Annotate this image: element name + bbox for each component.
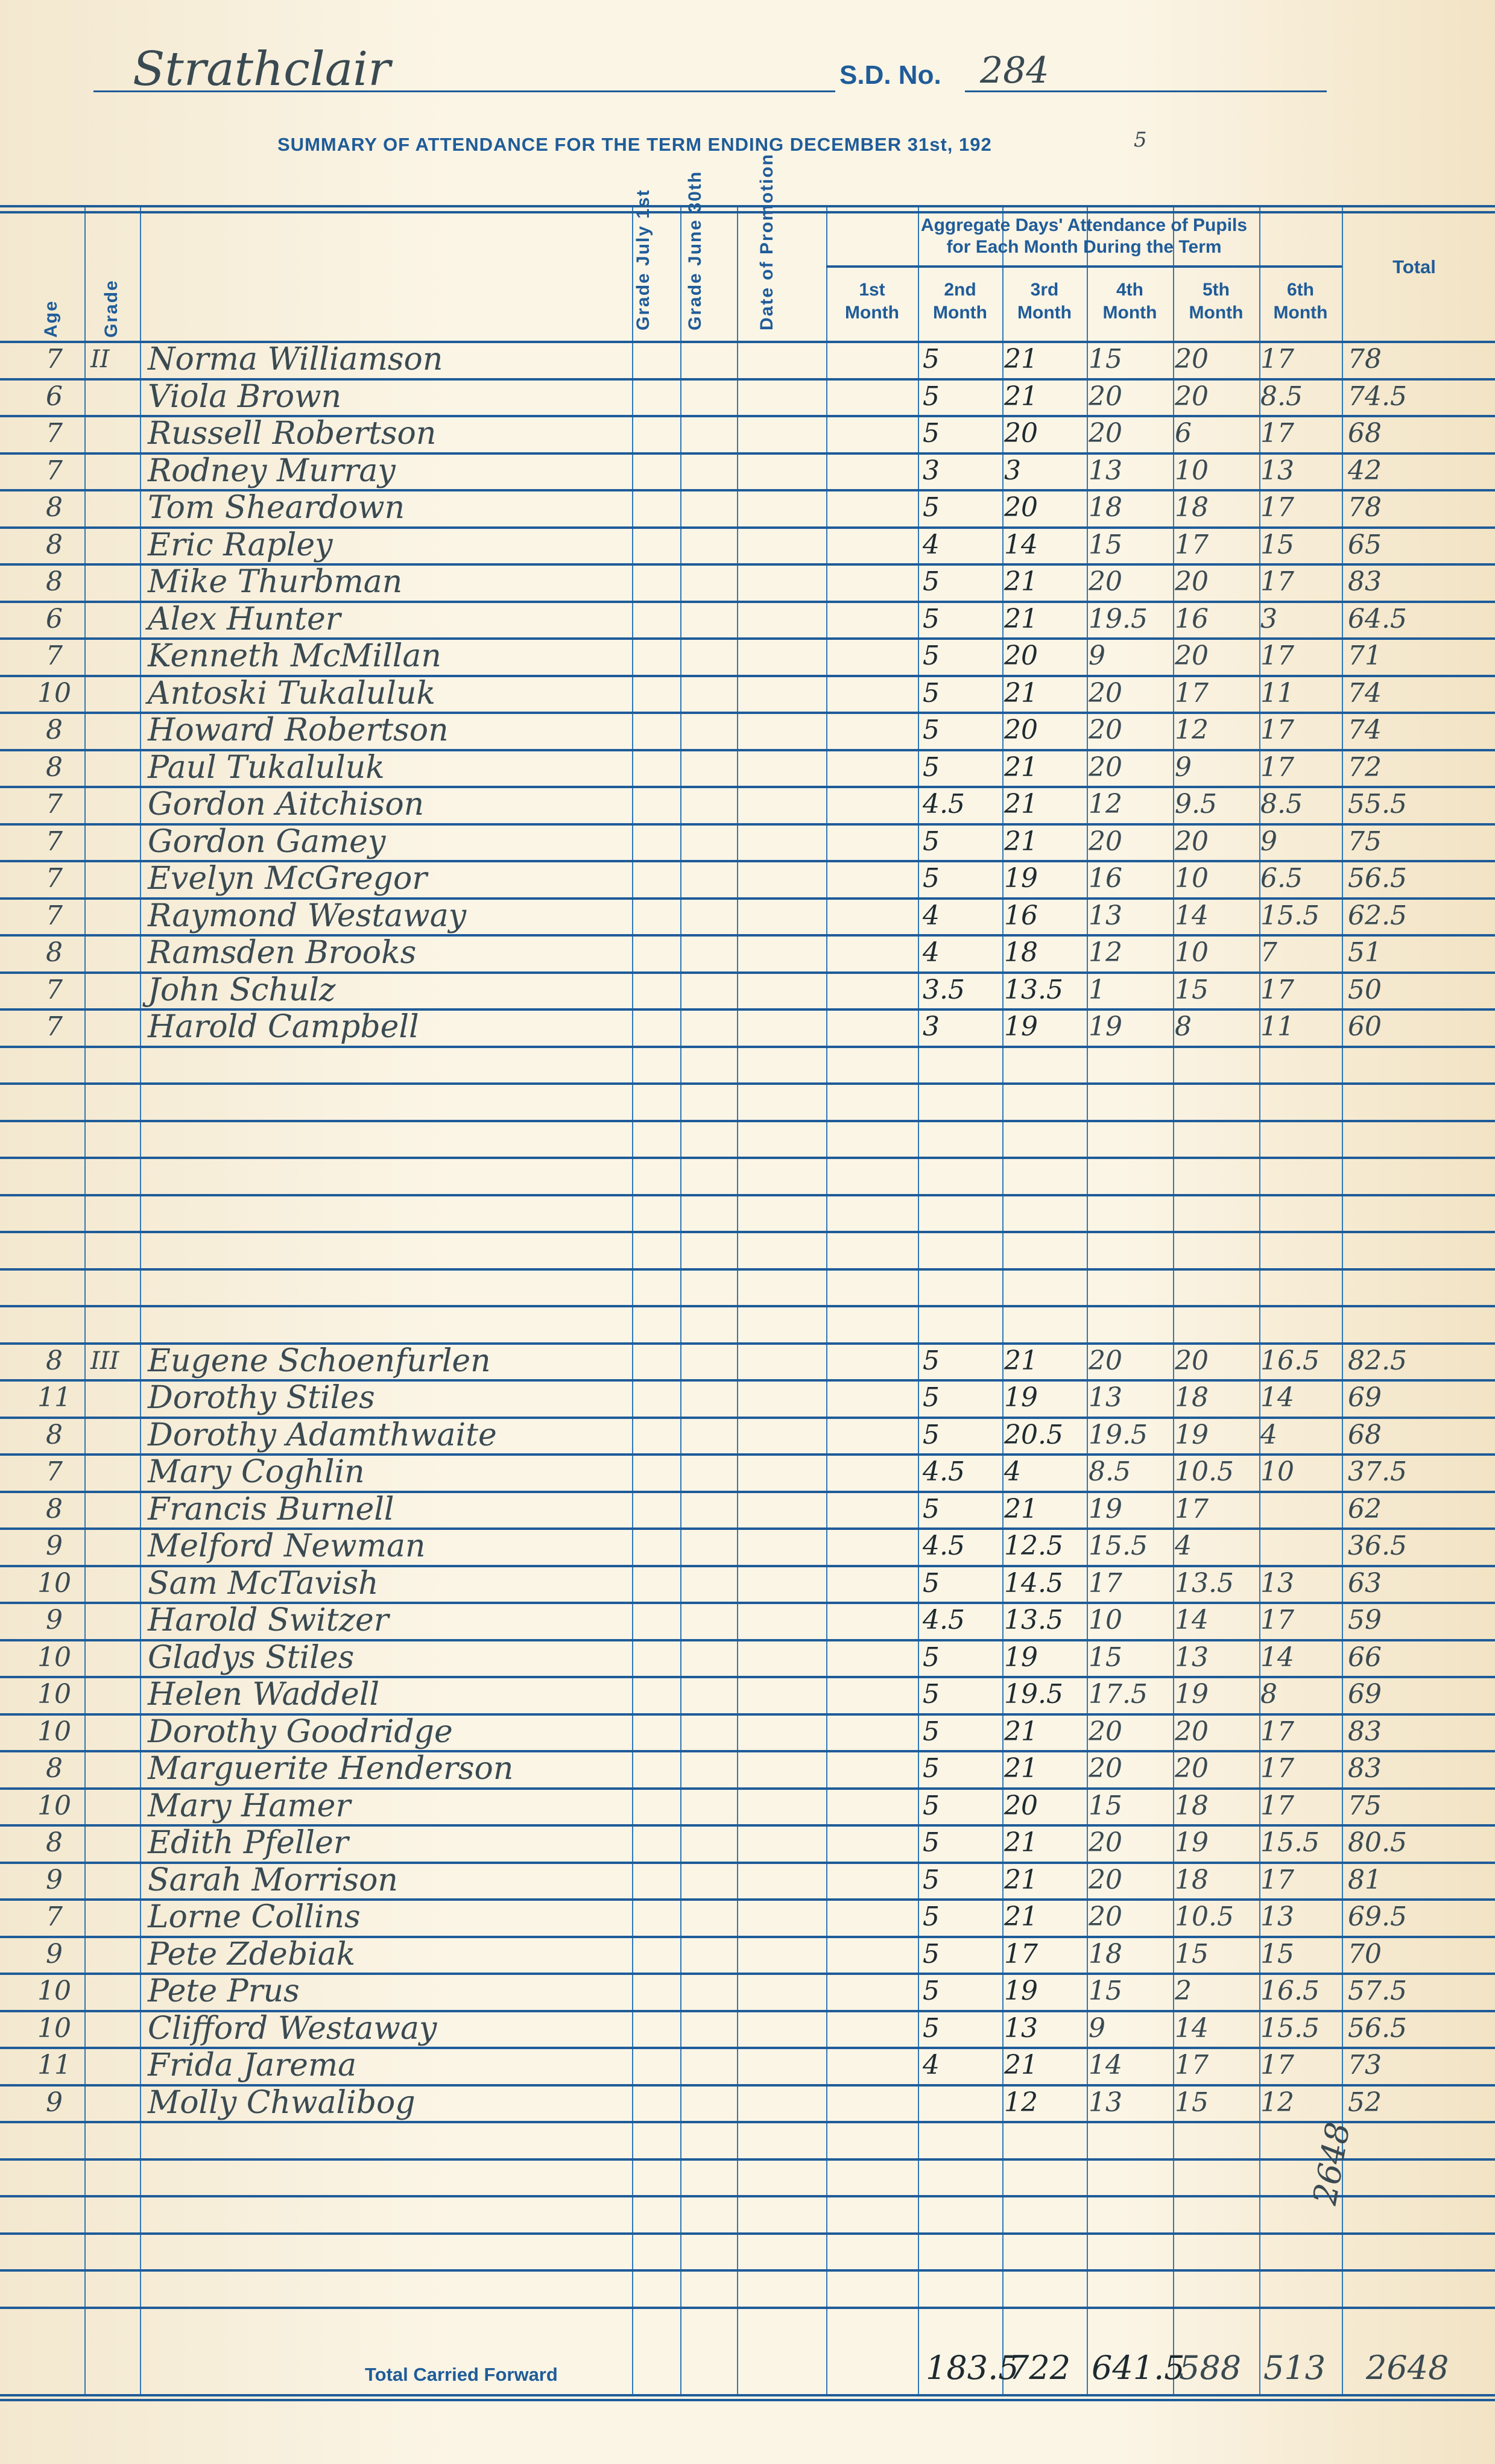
month1-days bbox=[829, 2084, 914, 2121]
pupil-total: 81 bbox=[1348, 1862, 1481, 1899]
month4-days: 13 bbox=[1089, 2084, 1167, 2121]
month3-days: 14.5 bbox=[1004, 1565, 1083, 1602]
pupil-total: 82.5 bbox=[1348, 1342, 1481, 1380]
month3-days: 21 bbox=[1004, 378, 1083, 415]
pupil-name: Dorothy Goodridge bbox=[148, 1713, 618, 1751]
month4-days: 20 bbox=[1089, 1342, 1167, 1380]
month5-days: 4 bbox=[1175, 1527, 1253, 1565]
month2-days: 5 bbox=[923, 378, 1001, 415]
month2-days: 5 bbox=[923, 1898, 1001, 1936]
table-row: 10Sam McTavish514.51713.51363 bbox=[0, 1565, 1495, 1602]
month1-days bbox=[829, 1527, 914, 1565]
pupil-total: 71 bbox=[1348, 637, 1481, 675]
month5-days: 20 bbox=[1175, 1342, 1253, 1380]
month1-days bbox=[829, 786, 914, 823]
month3-days: 19 bbox=[1004, 1379, 1083, 1417]
pupil-name: Pete Zdebiak bbox=[148, 1936, 618, 1973]
month4-days: 20 bbox=[1089, 749, 1167, 786]
pupil-age: 9 bbox=[27, 2084, 81, 2121]
month5-days: 20 bbox=[1175, 637, 1253, 675]
pupil-age: 8 bbox=[27, 934, 81, 971]
row-rule bbox=[0, 1231, 1495, 1233]
pupil-age: 7 bbox=[27, 341, 81, 378]
month6-days: 8 bbox=[1260, 1676, 1339, 1713]
pupil-name: Evelyn McGregor bbox=[148, 860, 618, 897]
pupil-total: 72 bbox=[1348, 749, 1481, 786]
pupil-name: John Schulz bbox=[148, 971, 618, 1009]
pupil-total: 69 bbox=[1348, 1379, 1481, 1417]
pupil-name: Russell Robertson bbox=[148, 415, 618, 452]
month1-days bbox=[829, 1565, 914, 1602]
pupil-total: 74 bbox=[1348, 675, 1481, 712]
month6-days: 17 bbox=[1260, 489, 1339, 526]
pupil-name: Edith Pfeller bbox=[148, 1824, 618, 1862]
table-row: 8Paul Tukaluluk5212091772 bbox=[0, 749, 1495, 786]
month4-days: 1 bbox=[1089, 971, 1167, 1009]
month6-days: 15.5 bbox=[1260, 897, 1339, 935]
month3-days: 13.5 bbox=[1004, 1602, 1083, 1639]
month2-days: 4 bbox=[923, 934, 1001, 971]
pupil-total: 59 bbox=[1348, 1602, 1481, 1639]
pupil-total: 60 bbox=[1348, 1008, 1481, 1046]
pupil-total: 51 bbox=[1348, 934, 1481, 971]
col-grade-june-header: Grade June 30th bbox=[685, 204, 706, 330]
month3-days: 21 bbox=[1004, 1862, 1083, 1899]
table-row: 9Melford Newman4.512.515.5436.5 bbox=[0, 1527, 1495, 1565]
pupil-age: 7 bbox=[27, 860, 81, 897]
footer-rule bbox=[0, 2394, 1495, 2396]
pupil-grade: II bbox=[90, 341, 139, 378]
month3-days: 21 bbox=[1004, 823, 1083, 861]
month2-days: 5 bbox=[923, 749, 1001, 786]
month4-days: 19 bbox=[1089, 1491, 1167, 1528]
month4-days: 15 bbox=[1089, 526, 1167, 564]
pupil-name: Dorothy Stiles bbox=[148, 1379, 618, 1417]
month3-days: 18 bbox=[1004, 934, 1083, 971]
month2-days: 5 bbox=[923, 601, 1001, 638]
pupil-age: 10 bbox=[27, 675, 81, 712]
month6-days: 15.5 bbox=[1260, 1824, 1339, 1862]
month5-days: 13.5 bbox=[1175, 1565, 1253, 1602]
month1-days bbox=[829, 1491, 914, 1528]
month6-days: 11 bbox=[1260, 675, 1339, 712]
pupil-age: 8 bbox=[27, 1824, 81, 1862]
month3-days: 19 bbox=[1004, 1008, 1083, 1046]
month2-days: 5 bbox=[923, 1750, 1001, 1787]
pupil-name: Pete Prus bbox=[148, 1973, 618, 2010]
month3-days: 13 bbox=[1004, 2010, 1083, 2047]
month6-days: 17 bbox=[1260, 1750, 1339, 1787]
month3-days: 20 bbox=[1004, 637, 1083, 675]
col-total-header: Total bbox=[1345, 256, 1484, 278]
table-row: 11Dorothy Stiles51913181469 bbox=[0, 1379, 1495, 1417]
month2-days: 5 bbox=[923, 1824, 1001, 1862]
pupil-total: 78 bbox=[1348, 341, 1481, 378]
month-header-2: 2ndMonth bbox=[918, 279, 1002, 324]
month2-days: 5 bbox=[923, 860, 1001, 897]
month3-days: 19 bbox=[1004, 1639, 1083, 1676]
month5-days: 17 bbox=[1175, 675, 1253, 712]
month6-days: 10 bbox=[1260, 1453, 1339, 1491]
pupil-name: Clifford Westaway bbox=[148, 2010, 618, 2047]
month6-days: 15.5 bbox=[1260, 2010, 1339, 2047]
pupil-name: Harold Campbell bbox=[148, 1008, 618, 1046]
pupil-age: 9 bbox=[27, 1602, 81, 1639]
table-row: 6Alex Hunter52119.516364.5 bbox=[0, 601, 1495, 638]
month5-days: 20 bbox=[1175, 341, 1253, 378]
month4-days: 20 bbox=[1089, 1898, 1167, 1936]
month2-days: 5 bbox=[923, 1973, 1001, 2010]
pupil-total: 63 bbox=[1348, 1565, 1481, 1602]
month1-days bbox=[829, 971, 914, 1009]
month2-days: 5 bbox=[923, 637, 1001, 675]
pupil-name: Frida Jarema bbox=[148, 2047, 618, 2084]
month4-days: 12 bbox=[1089, 934, 1167, 971]
table-row: 7IINorma Williamson52115201778 bbox=[0, 341, 1495, 378]
row-rule bbox=[0, 1194, 1495, 1196]
month2-days: 4 bbox=[923, 2047, 1001, 2084]
month5-days: 13 bbox=[1175, 1639, 1253, 1676]
month3-days: 19 bbox=[1004, 1973, 1083, 2010]
pupil-name: Eric Rapley bbox=[148, 526, 618, 564]
month5-days: 6 bbox=[1175, 415, 1253, 452]
pupil-total: 52 bbox=[1348, 2084, 1481, 2121]
month5-days: 20 bbox=[1175, 1750, 1253, 1787]
pupil-total: 69.5 bbox=[1348, 1898, 1481, 1936]
pupil-name: Mike Thurbman bbox=[148, 563, 618, 601]
month1-days bbox=[829, 1750, 914, 1787]
pupil-age: 6 bbox=[27, 378, 81, 415]
pupil-total: 83 bbox=[1348, 1750, 1481, 1787]
pupil-grade: III bbox=[90, 1342, 139, 1380]
col-grade-july-header: Grade July 1st bbox=[633, 210, 654, 330]
month1-days bbox=[829, 1342, 914, 1380]
table-row: 10Pete Prus51915216.557.5 bbox=[0, 1973, 1495, 2010]
table-row: 7Gordon Aitchison4.521129.58.555.5 bbox=[0, 786, 1495, 823]
pupil-name: Norma Williamson bbox=[148, 341, 618, 378]
month2-days: 4.5 bbox=[923, 1602, 1001, 1639]
pupil-age: 10 bbox=[27, 1676, 81, 1713]
month5-days: 17 bbox=[1175, 2047, 1253, 2084]
month4-days: 12 bbox=[1089, 786, 1167, 823]
pupil-total: 62.5 bbox=[1348, 897, 1481, 935]
month2-days: 5 bbox=[923, 489, 1001, 526]
pupil-total: 78 bbox=[1348, 489, 1481, 526]
month4-days: 20 bbox=[1089, 1713, 1167, 1751]
table-row: 10Gladys Stiles51915131466 bbox=[0, 1639, 1495, 1676]
month1-days bbox=[829, 1787, 914, 1825]
total-carried-forward-label: Total Carried Forward bbox=[365, 2364, 558, 2386]
pupil-name: Paul Tukaluluk bbox=[148, 749, 618, 786]
month5-days: 9 bbox=[1175, 749, 1253, 786]
month6-days: 17 bbox=[1260, 341, 1339, 378]
month2-days: 4.5 bbox=[923, 1453, 1001, 1491]
month4-days: 20 bbox=[1089, 712, 1167, 749]
month5-days: 19 bbox=[1175, 1676, 1253, 1713]
pupil-name: Gordon Aitchison bbox=[148, 786, 618, 823]
month4-days: 13 bbox=[1089, 897, 1167, 935]
month5-days: 20 bbox=[1175, 1713, 1253, 1751]
month6-days: 11 bbox=[1260, 1008, 1339, 1046]
footer-month2-total: 183.5 bbox=[926, 2349, 1019, 2387]
month1-days bbox=[829, 601, 914, 638]
month6-days: 8.5 bbox=[1260, 378, 1339, 415]
pupil-total: 56.5 bbox=[1348, 860, 1481, 897]
month2-days: 5 bbox=[923, 1676, 1001, 1713]
month5-days: 9.5 bbox=[1175, 786, 1253, 823]
month6-days: 13 bbox=[1260, 1898, 1339, 1936]
row-rule bbox=[0, 2232, 1495, 2235]
table-row: 8Marguerite Henderson52120201783 bbox=[0, 1750, 1495, 1787]
pupil-age: 9 bbox=[27, 1862, 81, 1899]
pupil-age: 9 bbox=[27, 1936, 81, 1973]
month3-days: 21 bbox=[1004, 2047, 1083, 2084]
month6-days: 16.5 bbox=[1260, 1342, 1339, 1380]
month1-days bbox=[829, 1676, 914, 1713]
table-row: 8IIIEugene Schoenfurlen521202016.582.5 bbox=[0, 1342, 1495, 1380]
month3-days: 13.5 bbox=[1004, 971, 1083, 1009]
month6-days: 3 bbox=[1260, 601, 1339, 638]
row-rule bbox=[0, 1120, 1495, 1122]
month1-days bbox=[829, 1713, 914, 1751]
table-row: 7Kenneth McMillan5209201771 bbox=[0, 637, 1495, 675]
aggregate-title-line2: for Each Month During the Term bbox=[826, 237, 1342, 257]
month5-days: 2 bbox=[1175, 1973, 1253, 2010]
month5-days: 15 bbox=[1175, 1936, 1253, 1973]
month1-days bbox=[829, 1639, 914, 1676]
pupil-name: Tom Sheardown bbox=[148, 489, 618, 526]
month6-days bbox=[1260, 1491, 1339, 1528]
month6-days: 17 bbox=[1260, 1862, 1339, 1899]
pupil-name: Raymond Westaway bbox=[148, 897, 618, 935]
table-row: 8Tom Sheardown52018181778 bbox=[0, 489, 1495, 526]
pupil-name: Kenneth McMillan bbox=[148, 637, 618, 675]
pupil-name: Lorne Collins bbox=[148, 1898, 618, 1936]
month3-days: 21 bbox=[1004, 1898, 1083, 1936]
month4-days: 20 bbox=[1089, 1862, 1167, 1899]
month3-days: 20 bbox=[1004, 712, 1083, 749]
month2-days: 5 bbox=[923, 1342, 1001, 1380]
pupil-age: 7 bbox=[27, 637, 81, 675]
month2-days: 4.5 bbox=[923, 786, 1001, 823]
month-header-3: 3rdMonth bbox=[1002, 279, 1087, 324]
month6-days: 9 bbox=[1260, 823, 1339, 861]
row-rule bbox=[0, 1082, 1495, 1085]
table-row: 8Dorothy Adamthwaite520.519.519468 bbox=[0, 1417, 1495, 1454]
pupil-age: 11 bbox=[27, 2047, 81, 2084]
row-rule bbox=[0, 2269, 1495, 2272]
pupil-name: Harold Switzer bbox=[148, 1602, 618, 1639]
pupil-total: 75 bbox=[1348, 823, 1481, 861]
month6-days: 15 bbox=[1260, 1936, 1339, 1973]
month4-days: 15 bbox=[1089, 1787, 1167, 1825]
month3-days: 21 bbox=[1004, 1713, 1083, 1751]
month3-days: 17 bbox=[1004, 1936, 1083, 1973]
pupil-age: 10 bbox=[27, 1565, 81, 1602]
table-row: 9Molly Chwalibog1213151252 bbox=[0, 2084, 1495, 2121]
row-rule bbox=[0, 2158, 1495, 2161]
table-row: 10Mary Hamer52015181775 bbox=[0, 1787, 1495, 1825]
pupil-name: Melford Newman bbox=[148, 1527, 618, 1565]
footer-grand-total: 2648 bbox=[1366, 2349, 1449, 2387]
month1-days bbox=[829, 1602, 914, 1639]
month2-days: 4.5 bbox=[923, 1527, 1001, 1565]
month3-days: 20 bbox=[1004, 415, 1083, 452]
month5-days: 17 bbox=[1175, 526, 1253, 564]
table-row: 8Mike Thurbman52120201783 bbox=[0, 563, 1495, 601]
month4-days: 17 bbox=[1089, 1565, 1167, 1602]
month3-days: 20 bbox=[1004, 489, 1083, 526]
month3-days: 16 bbox=[1004, 897, 1083, 935]
month4-days: 20 bbox=[1089, 563, 1167, 601]
table-row: 10Helen Waddell519.517.519869 bbox=[0, 1676, 1495, 1713]
row-rule bbox=[0, 1157, 1495, 1159]
month4-days: 13 bbox=[1089, 452, 1167, 490]
month4-days: 20 bbox=[1089, 1824, 1167, 1862]
month2-days: 5 bbox=[923, 563, 1001, 601]
pupil-age: 8 bbox=[27, 712, 81, 749]
footer-month4-total: 641.5 bbox=[1092, 2349, 1185, 2387]
month4-days: 8.5 bbox=[1089, 1453, 1167, 1491]
pupil-name: Dorothy Adamthwaite bbox=[148, 1417, 618, 1454]
pupil-name: Molly Chwalibog bbox=[148, 2084, 618, 2121]
month4-days: 20 bbox=[1089, 415, 1167, 452]
pupil-name: Howard Robertson bbox=[148, 712, 618, 749]
month4-days: 14 bbox=[1089, 2047, 1167, 2084]
footer-rule bbox=[0, 2399, 1495, 2401]
month3-days: 21 bbox=[1004, 1824, 1083, 1862]
month5-days: 15 bbox=[1175, 971, 1253, 1009]
month6-days: 17 bbox=[1260, 1713, 1339, 1751]
month3-days: 21 bbox=[1004, 563, 1083, 601]
month2-days bbox=[923, 2084, 1001, 2121]
aggregate-subrule bbox=[826, 265, 1342, 268]
table-row: 7Harold Campbell3191981160 bbox=[0, 1008, 1495, 1046]
month4-days: 15 bbox=[1089, 1639, 1167, 1676]
month3-days: 21 bbox=[1004, 675, 1083, 712]
pupil-age: 7 bbox=[27, 1453, 81, 1491]
pupil-name: Alex Hunter bbox=[148, 601, 618, 638]
month2-days: 5 bbox=[923, 1787, 1001, 1825]
pupil-name: Ramsden Brooks bbox=[148, 934, 618, 971]
month4-days: 18 bbox=[1089, 489, 1167, 526]
month5-days: 10.5 bbox=[1175, 1898, 1253, 1936]
footer-month6-total: 513 bbox=[1263, 2349, 1326, 2387]
row-rule bbox=[0, 1305, 1495, 1307]
month1-days bbox=[829, 1453, 914, 1491]
month3-days: 21 bbox=[1004, 601, 1083, 638]
month4-days: 20 bbox=[1089, 823, 1167, 861]
pupil-name: Gordon Gamey bbox=[148, 823, 618, 861]
month4-days: 13 bbox=[1089, 1379, 1167, 1417]
month6-days: 17 bbox=[1260, 971, 1339, 1009]
month6-days: 17 bbox=[1260, 2047, 1339, 2084]
month6-days: 17 bbox=[1260, 712, 1339, 749]
table-row: 10Dorothy Goodridge52120201783 bbox=[0, 1713, 1495, 1751]
month6-days: 14 bbox=[1260, 1639, 1339, 1676]
month4-days: 20 bbox=[1089, 675, 1167, 712]
pupil-total: 83 bbox=[1348, 1713, 1481, 1751]
month1-days bbox=[829, 823, 914, 861]
month1-days bbox=[829, 415, 914, 452]
month1-days bbox=[829, 860, 914, 897]
month1-days bbox=[829, 2010, 914, 2047]
pupil-name: Gladys Stiles bbox=[148, 1639, 618, 1676]
pupil-total: 83 bbox=[1348, 563, 1481, 601]
pupil-name: Mary Hamer bbox=[148, 1787, 618, 1825]
month4-days: 10 bbox=[1089, 1602, 1167, 1639]
table-row: 8Eric Rapley41415171565 bbox=[0, 526, 1495, 564]
pupil-age: 10 bbox=[27, 1787, 81, 1825]
month2-days: 5 bbox=[923, 712, 1001, 749]
month5-days: 20 bbox=[1175, 378, 1253, 415]
pupil-total: 68 bbox=[1348, 415, 1481, 452]
month3-days: 21 bbox=[1004, 1750, 1083, 1787]
month2-days: 5 bbox=[923, 341, 1001, 378]
month4-days: 15 bbox=[1089, 341, 1167, 378]
pupil-total: 75 bbox=[1348, 1787, 1481, 1825]
month1-days bbox=[829, 2047, 914, 2084]
table-row: 7Mary Coghlin4.548.510.51037.5 bbox=[0, 1453, 1495, 1491]
month5-days: 18 bbox=[1175, 1787, 1253, 1825]
table-row: 7Lorne Collins5212010.51369.5 bbox=[0, 1898, 1495, 1936]
pupil-name: Viola Brown bbox=[148, 378, 618, 415]
month5-days: 14 bbox=[1175, 1602, 1253, 1639]
month3-days: 19.5 bbox=[1004, 1676, 1083, 1713]
pupil-name: Sam McTavish bbox=[148, 1565, 618, 1602]
month2-days: 3 bbox=[923, 452, 1001, 490]
month1-days bbox=[829, 452, 914, 490]
month2-days: 5 bbox=[923, 823, 1001, 861]
month4-days: 19.5 bbox=[1089, 1417, 1167, 1454]
month6-days: 8.5 bbox=[1260, 786, 1339, 823]
table-row: 8Howard Robertson52020121774 bbox=[0, 712, 1495, 749]
month1-days bbox=[829, 1862, 914, 1899]
row-rule bbox=[0, 1268, 1495, 1271]
table-row: 9Sarah Morrison52120181781 bbox=[0, 1862, 1495, 1899]
month5-days: 18 bbox=[1175, 1379, 1253, 1417]
pupil-name: Sarah Morrison bbox=[148, 1862, 618, 1899]
pupil-age: 6 bbox=[27, 601, 81, 638]
month4-days: 16 bbox=[1089, 860, 1167, 897]
month4-days: 17.5 bbox=[1089, 1676, 1167, 1713]
footer-month5-total: 588 bbox=[1179, 2349, 1241, 2387]
month3-days: 3 bbox=[1004, 452, 1083, 490]
row-rule bbox=[0, 2195, 1495, 2197]
month1-days bbox=[829, 1379, 914, 1417]
col-grade-header: Grade bbox=[101, 279, 122, 338]
pupil-total: 36.5 bbox=[1348, 1527, 1481, 1565]
month-header-5: 5thMonth bbox=[1173, 279, 1259, 324]
month5-days: 16 bbox=[1175, 601, 1253, 638]
aggregate-title-line1: Aggregate Days' Attendance of Pupils bbox=[826, 215, 1342, 236]
pupil-total: 55.5 bbox=[1348, 786, 1481, 823]
row-rule bbox=[0, 2307, 1495, 2309]
month3-days: 12.5 bbox=[1004, 1527, 1083, 1565]
month1-days bbox=[829, 378, 914, 415]
month3-days: 12 bbox=[1004, 2084, 1083, 2121]
month6-days: 14 bbox=[1260, 1379, 1339, 1417]
table-row: 7Russell Robertson5202061768 bbox=[0, 415, 1495, 452]
month3-days: 20 bbox=[1004, 1787, 1083, 1825]
table-row: 7John Schulz3.513.51151750 bbox=[0, 971, 1495, 1009]
pupil-total: 69 bbox=[1348, 1676, 1481, 1713]
month6-days: 4 bbox=[1260, 1417, 1339, 1454]
month4-days: 15 bbox=[1089, 1973, 1167, 2010]
month6-days: 17 bbox=[1260, 415, 1339, 452]
pupil-total: 73 bbox=[1348, 2047, 1481, 2084]
pupil-total: 42 bbox=[1348, 452, 1481, 490]
